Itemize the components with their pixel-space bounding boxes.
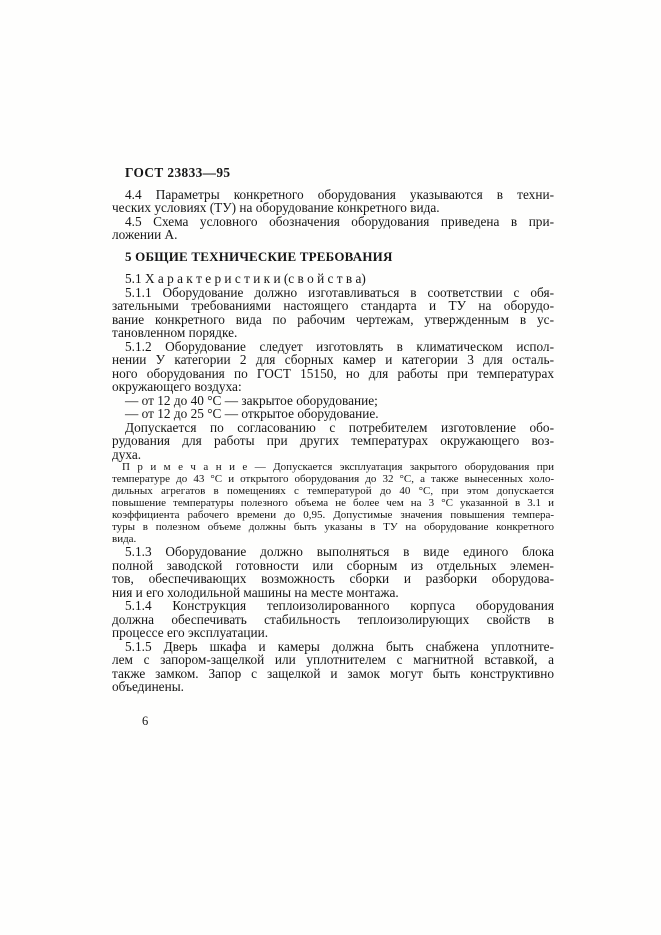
text-line: ния и его холодильной машины на месте мо… [112, 586, 554, 600]
text-column: ГОСТ 23833—95 4.4 Параметры конкретного … [112, 166, 554, 694]
text-line: лем с запором-защелкой или уплотнителем … [112, 653, 554, 667]
para-4-5: 4.5 Схема условного обозначения оборудов… [112, 215, 554, 242]
document-body: 4.4 Параметры конкретного оборудования у… [112, 188, 554, 694]
text-line: вание конкретного вида по рабочим чертеж… [112, 313, 554, 327]
text-line: 5 ОБЩИЕ ТЕХНИЧЕСКИЕ ТРЕБОВАНИЯ [112, 250, 554, 264]
scanned-document: { "page": { "header": "ГОСТ 23833—95", "… [0, 0, 661, 935]
para-5-1-subheading: 5.1 Х а р а к т е р и с т и к и (с в о й… [112, 272, 554, 286]
text-line: также замком. Запор с защелкой и замок м… [112, 667, 554, 681]
para-agreement: Допускается по согласованию с потребител… [112, 421, 554, 462]
text-line: объединены. [112, 680, 554, 694]
text-line: повышение температуры полезного объема н… [112, 497, 554, 509]
text-line: дильных агрегатов в помещениях с темпера… [112, 485, 554, 497]
text-line: — от 12 до 40 °С — закрытое оборудование… [112, 394, 554, 408]
para-5-1-1: 5.1.1 Оборудование должно изготавливатьс… [112, 286, 554, 340]
page-number: 6 [142, 715, 148, 728]
para-5-1-5: 5.1.5 Дверь шкафа и камеры должна быть с… [112, 640, 554, 694]
text-line: окружающего воздуха: [112, 380, 554, 394]
text-line: 5.1.1 Оборудование должно изготавливатьс… [112, 286, 554, 300]
text-line: 5.1.5 Дверь шкафа и камеры должна быть с… [112, 640, 554, 654]
text-line: полной заводской готовности или сборным … [112, 559, 554, 573]
text-line: 4.4 Параметры конкретного оборудования у… [112, 188, 554, 202]
note-block: П р и м е ч а н и е — Допускается эксплу… [112, 461, 554, 545]
text-line: 5.1.3 Оборудование должно выполняться в … [112, 545, 554, 559]
text-line: П р и м е ч а н и е — Допускается эксплу… [112, 461, 554, 473]
text-line: должна обеспечивать стабильность теплоиз… [112, 613, 554, 627]
list-item-closed-equipment: — от 12 до 40 °С — закрытое оборудование… [112, 394, 554, 408]
text-line: 5.1.2 Оборудование следует изготовлять в… [112, 340, 554, 354]
para-5-1-2: 5.1.2 Оборудование следует изготовлять в… [112, 340, 554, 394]
text-line: нении У категории 2 для сборных камер и … [112, 353, 554, 367]
text-line: ложении А. [112, 228, 554, 242]
text-line: температуре до 43 °С и открытого оборудо… [112, 473, 554, 485]
text-line: ческих условиях (ТУ) на оборудование кон… [112, 201, 554, 215]
text-line: Допускается по согласованию с потребител… [112, 421, 554, 435]
text-line: туры в полезном объеме должны быть указа… [112, 521, 554, 533]
text-line: тановленном порядке. [112, 326, 554, 340]
text-line: тов, обеспечивающих возможность сборки и… [112, 572, 554, 586]
text-line: процессе его эксплуатации. [112, 626, 554, 640]
document-page: ГОСТ 23833—95 4.4 Параметры конкретного … [0, 0, 661, 935]
text-line: 5.1 Х а р а к т е р и с т и к и (с в о й… [112, 272, 554, 286]
document-header: ГОСТ 23833—95 [112, 166, 554, 180]
para-5-1-3: 5.1.3 Оборудование должно выполняться в … [112, 545, 554, 599]
text-line: духа. [112, 448, 554, 462]
text-line: ного оборудования по ГОСТ 15150, но для … [112, 367, 554, 381]
text-line: 4.5 Схема условного обозначения оборудов… [112, 215, 554, 229]
text-line: коэффициента рабочего времени до 0,95. Д… [112, 509, 554, 521]
section-5-heading: 5 ОБЩИЕ ТЕХНИЧЕСКИЕ ТРЕБОВАНИЯ [112, 250, 554, 264]
text-line: зательными требованиями настоящего станд… [112, 299, 554, 313]
para-4-4: 4.4 Параметры конкретного оборудования у… [112, 188, 554, 215]
text-line: рудования для работы при других температ… [112, 434, 554, 448]
para-5-1-4: 5.1.4 Конструкция теплоизолированного ко… [112, 599, 554, 640]
text-line: — от 12 до 25 °С — открытое оборудование… [112, 407, 554, 421]
list-item-open-equipment: — от 12 до 25 °С — открытое оборудование… [112, 407, 554, 421]
text-line: 5.1.4 Конструкция теплоизолированного ко… [112, 599, 554, 613]
